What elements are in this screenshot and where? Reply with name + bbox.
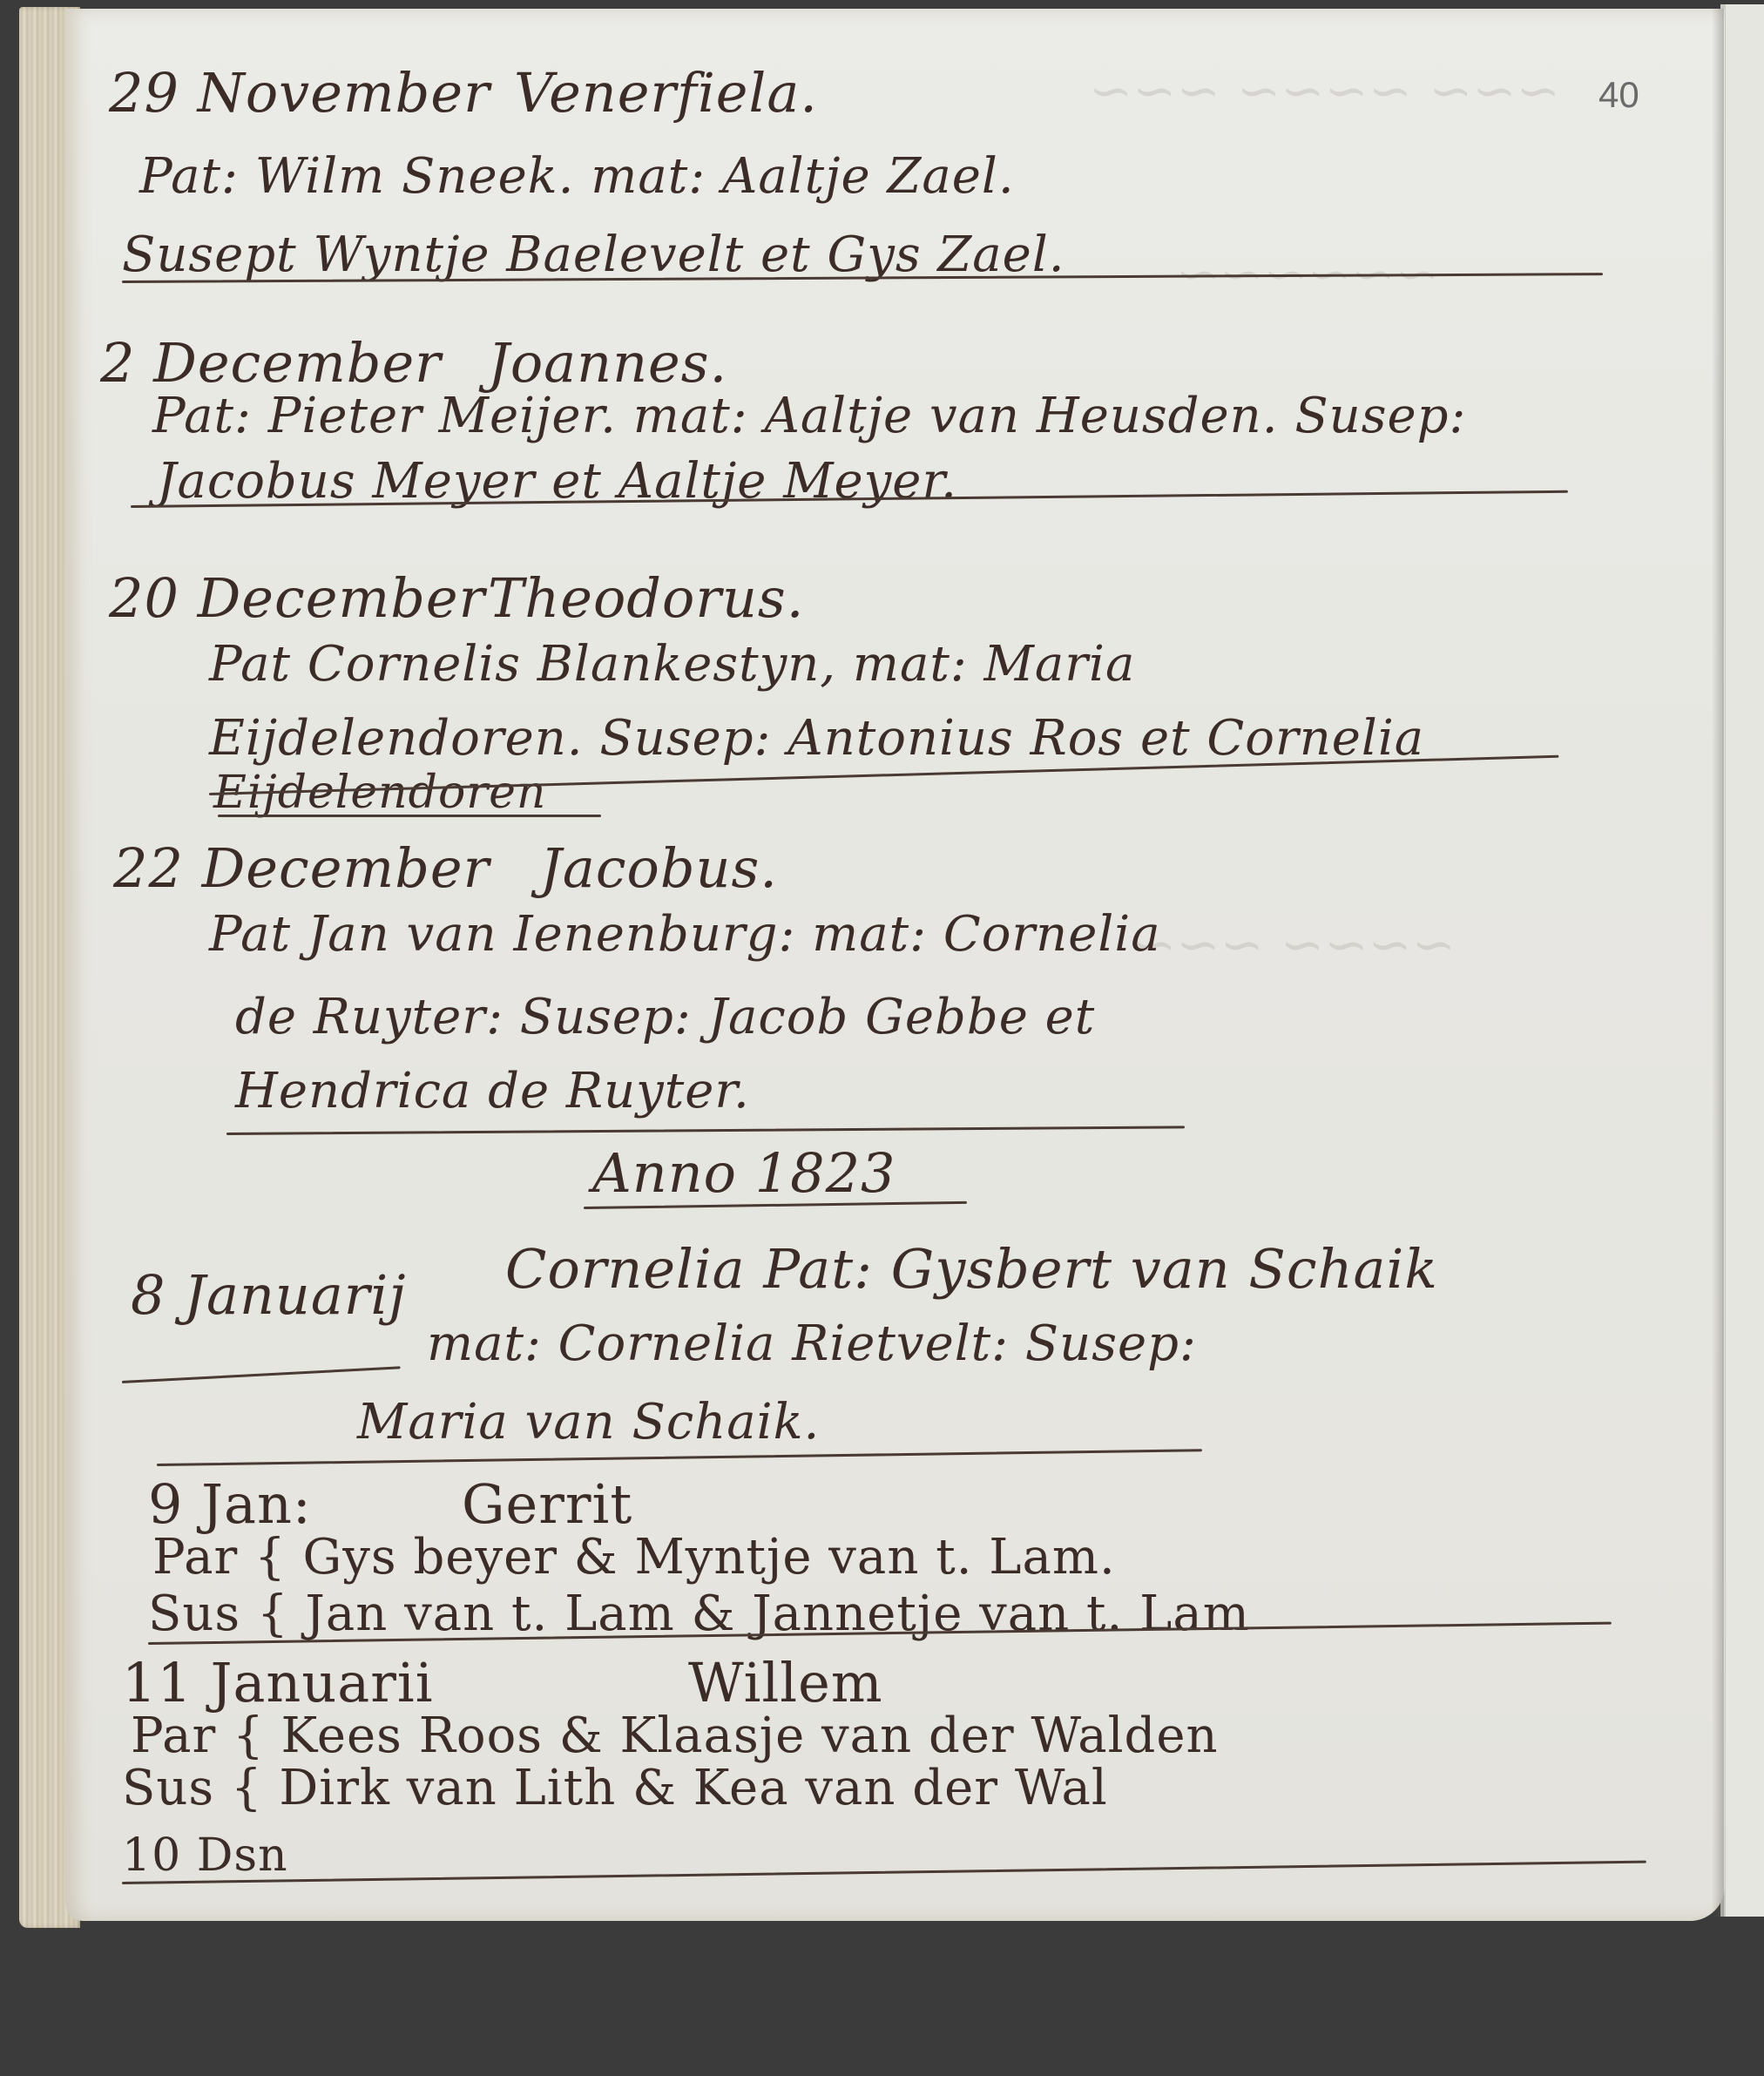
entry-line: mat: Cornelia Rietvelt: Susep: bbox=[427, 1315, 1197, 1372]
bleed-through: ~~~~ ~~~ bbox=[1132, 915, 1456, 976]
entry-line: Cornelia Pat: Gysbert van Schaik bbox=[505, 1237, 1438, 1301]
entry-line: Pat: Wilm Sneek. mat: Aaltje Zael. bbox=[139, 148, 1015, 205]
entry-line: Pat Cornelis Blankestyn, mat: Maria bbox=[209, 636, 1135, 693]
entry-line: Par { Kees Roos & Klaasje van der Walden bbox=[131, 1707, 1219, 1764]
entry-date: 9 Jan: bbox=[148, 1472, 312, 1536]
entry-child-name: Joannes. bbox=[488, 331, 727, 395]
year-heading: Anno 1823 bbox=[592, 1141, 896, 1205]
page-number: 40 bbox=[1598, 74, 1639, 116]
entry-date: 20 December bbox=[109, 566, 485, 630]
next-page-edge bbox=[1720, 4, 1764, 1917]
entry-child-name: Venerfiela. bbox=[514, 61, 818, 125]
entry-line: 10 Dsn bbox=[122, 1829, 288, 1882]
entry-line: Hendrica de Ruyter. bbox=[235, 1063, 750, 1119]
entry-child-name: Theodorus. bbox=[488, 566, 804, 630]
manuscript-scan: ~~~ ~~~~ ~~~ ~~~~~~ ~~~~ ~~~ 40 29 Novem… bbox=[0, 0, 1764, 2076]
bleed-through: ~~~ ~~~~ ~~~ bbox=[1089, 61, 1560, 122]
entry-underline bbox=[218, 815, 601, 817]
entry-date: 22 December bbox=[113, 836, 490, 900]
entry-child-name: Jacobus. bbox=[540, 836, 778, 900]
entry-line: Eijdelendoren. Susep: Antonius Ros et Co… bbox=[209, 710, 1424, 767]
entry-date: 29 November bbox=[109, 61, 490, 125]
entry-line: Sus { Dirk van Lith & Kea van der Wal bbox=[122, 1760, 1108, 1816]
entry-child-name: Gerrit bbox=[462, 1472, 632, 1536]
entry-line: Pat: Pieter Meijer. mat: Aaltje van Heus… bbox=[152, 388, 1466, 444]
entry-line: Susept Wyntje Baelevelt et Gys Zael. bbox=[122, 227, 1065, 283]
entry-child-name: Willem bbox=[688, 1651, 883, 1714]
entry-date: 2 December bbox=[100, 331, 442, 395]
entry-date: 11 Januarii bbox=[122, 1651, 434, 1714]
entry-line: Par { Gys beyer & Myntje van t. Lam. bbox=[152, 1529, 1116, 1586]
entry-line: Maria van Schaik. bbox=[357, 1394, 820, 1450]
entry-line: Pat Jan van Ienenburg: mat: Cornelia bbox=[209, 906, 1161, 963]
entry-line: de Ruyter: Susep: Jacob Gebbe et bbox=[235, 989, 1095, 1045]
gutter-shadow bbox=[1712, 9, 1724, 1917]
entry-date: 8 Januarij bbox=[131, 1263, 407, 1327]
